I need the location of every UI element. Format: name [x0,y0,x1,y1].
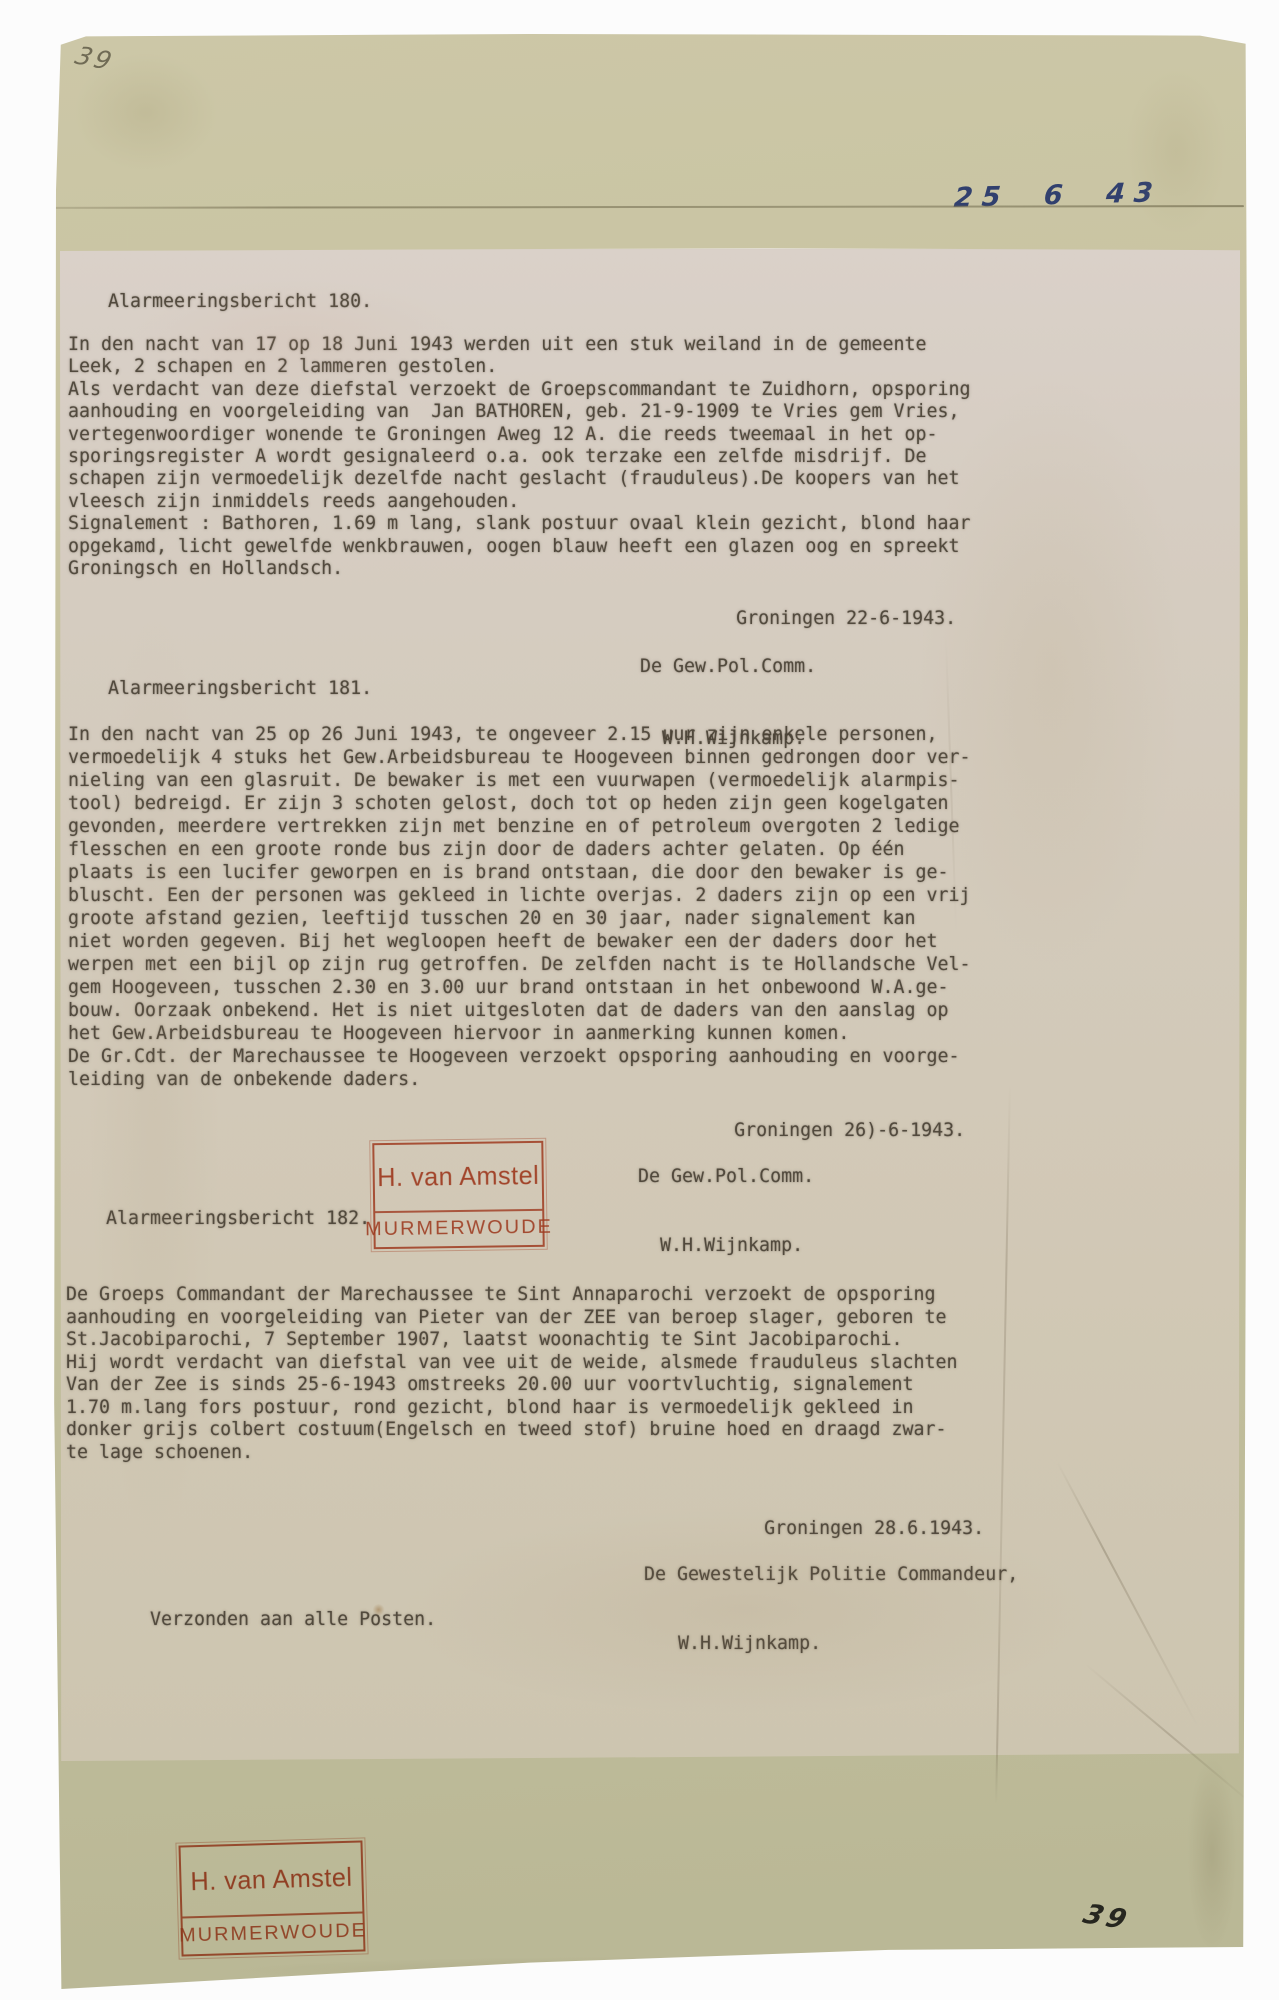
handwritten-date: 25 6 43 [953,177,1163,214]
alert-heading-180: Alarmeeringsbericht 180. [108,291,372,312]
signoff-181-place-date: Groningen 26)-6-1943. [734,1120,965,1141]
signoff-180-place-date: Groningen 22-6-1943. [736,608,956,629]
stamp-name-line: H. van Amstel [377,1143,540,1211]
signoff-182: Groningen 28.6.1943. De Gewestelijk Poli… [676,1494,1018,1701]
alert-heading-181: Alarmeeringsbericht 181. [108,678,372,699]
alert-body-182: De Groeps Commandant der Marechaussee te… [66,1284,958,1464]
stamp-place-line: MURMERWOUDE [374,1210,545,1247]
distribution-note: Verzonden aan alle Posten. [150,1609,436,1630]
backing-paper: 39 25 6 43 Alarmeeringsbericht 180. In d… [50,34,1248,1990]
alert-heading-182: Alarmeeringsbericht 182. [106,1208,370,1229]
signoff-181-office: De Gew.Pol.Comm. [638,1165,965,1188]
signoff-182-signature: W.H.Wijnkamp. [678,1632,1018,1655]
page-number-bottom: 39 [1079,1899,1134,1936]
alert-body-181: In den nacht van 25 op 26 Juni 1943, te … [68,723,971,1091]
stamp-name-line: H. van Amstel [183,1843,359,1917]
signoff-182-place-date: Groningen 28.6.1943. [764,1518,984,1539]
signoff-181: Groningen 26)-6-1943. De Gew.Pol.Comm. W… [646,1096,965,1303]
alert-body-180: In den nacht van 17 op 18 Juni 1943 werd… [68,334,971,580]
typed-sheet: Alarmeeringsbericht 180. In den nacht va… [60,248,1240,1761]
sender-stamp-middle: H. van Amstel MURMERWOUDE [372,1141,544,1249]
signoff-180-office: De Gew.Pol.Comm. [640,655,956,679]
signoff-182-office: De Gewestelijk Politie Commandeur, [644,1563,1018,1586]
signoff-181-signature: W.H.Wijnkamp. [660,1234,965,1257]
stamp-place-line: MURMERWOUDE [181,1913,366,1954]
page-number-top: 39 [72,41,119,76]
sender-stamp-bottom: H. van Amstel MURMERWOUDE [178,1840,365,1956]
